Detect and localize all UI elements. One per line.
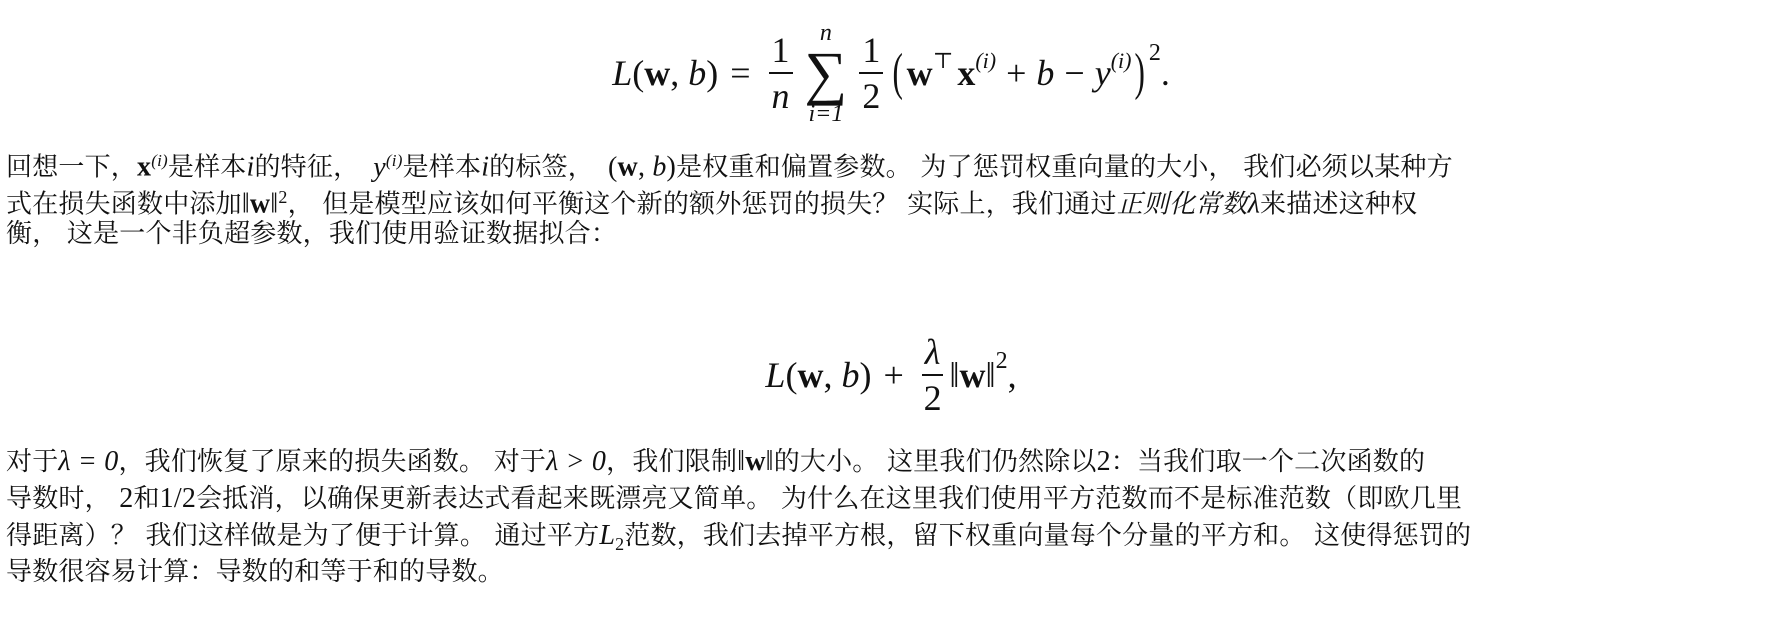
p1l1-x-sup: (i) — [151, 151, 168, 170]
paragraph-2-line-4: 导数很容易计算：导数的和等于和的导数。 — [6, 554, 1776, 591]
p1l2-text-3: 来描述这种权 — [1260, 190, 1417, 220]
eq2-plus: + — [883, 354, 903, 396]
eq2-b: b — [841, 354, 859, 396]
eq1-b2: b — [1036, 52, 1054, 94]
eq1-close-paren: ) — [1135, 47, 1145, 99]
eq1-transpose: ⊤ — [933, 48, 954, 74]
eq2-L: L — [765, 354, 785, 396]
p1l2-power: 2 — [278, 187, 287, 207]
paragraph-1-line-2: 式在损失函数中添加‖w‖2， 但是模型应该如何平衡这个新的额外惩罚的损失？ 实际… — [6, 179, 1776, 216]
p1l2-italic-term: 正则化常数 — [1117, 190, 1248, 220]
p2l4-text-1: 导数很容易计算：导数的和等于和的导数。 — [6, 557, 504, 587]
regularized-loss-equation: L(w, b) + λ 2 ‖w‖2, — [6, 320, 1776, 430]
p1l1-i2: i — [481, 152, 489, 183]
p2l1-norm-close: ‖ — [766, 446, 774, 477]
p2l1-two: 2 — [1097, 446, 1111, 477]
eq1-period: . — [1161, 52, 1170, 94]
p1l1-wb-comma: , — [638, 152, 652, 183]
p1l1-wb-close: ) — [667, 152, 677, 183]
p1l1-y: y — [373, 152, 386, 183]
eq2-norm-open: ‖ — [949, 354, 959, 396]
paragraph-2: 对于λ = 0，我们恢复了原来的损失函数。 对于λ > 0，我们限制‖w‖的大小… — [6, 443, 1776, 591]
eq1-x-bold: x — [957, 52, 975, 94]
eq1-minus: − — [1064, 52, 1084, 94]
p1l3-text-1: 衡， 这是一个非负超参数，我们使用验证数据拟合： — [6, 219, 617, 249]
p2l2-text-3: 会抵消，以确保更新表达式看起来既漂亮又简单。 为什么在这里我们使用平方范数而不是… — [196, 484, 1462, 514]
p2l1-text-1: 对于 — [6, 447, 58, 477]
p2l3-L-sub: 2 — [615, 534, 624, 554]
p2l2-two: 2 — [119, 483, 133, 514]
p2l1-text-2: ，我们恢复了原来的损失函数。 对于 — [118, 447, 546, 477]
p1l1-x: x — [137, 152, 151, 183]
p1l2-w: w — [250, 189, 270, 220]
eq2-comma: , — [823, 354, 841, 396]
eq1-frac-1-over-2: 1 2 — [859, 32, 883, 114]
paragraph-1-line-3: 衡， 这是一个非负超参数，我们使用验证数据拟合： — [6, 216, 1776, 253]
eq1-frac1-num: 1 — [769, 32, 793, 74]
paragraph-1: 回想一下，x(i)是样本i的特征，y(i)是样本i的标签，(w, b)是权重和偏… — [6, 142, 1776, 253]
p1l2-norm-open: ‖ — [242, 189, 250, 220]
eq1-comma: , — [670, 52, 688, 94]
eq1-plus: + — [1006, 52, 1026, 94]
p2l3-text-2: 范数，我们去掉平方根，留下权重向量每个分量的平方和。 这使得惩罚的 — [624, 521, 1471, 551]
eq1-sum-symbol: ∑ — [805, 45, 848, 102]
p1l1-wb-w: w — [618, 152, 638, 183]
eq2-frac-den: 2 — [924, 376, 942, 416]
p2l3-text-1: 得距离）？ 我们这样做是为了便于计算。 通过平方 — [6, 521, 599, 551]
eq1-y-sup: (i) — [1111, 48, 1132, 74]
eq1-power: 2 — [1149, 40, 1161, 67]
loss-equation: L(w, b) = 1 n n ∑ i=1 1 2 ( w⊤ x(i) + b … — [6, 18, 1776, 128]
p1l1-wb-b: b — [652, 152, 666, 183]
eq1-frac2-num: 1 — [859, 32, 883, 74]
p2l2-text-2: 和 — [133, 484, 159, 514]
eq2-w-bold: w — [959, 354, 985, 396]
p2l1-text-3: ，我们限制 — [606, 447, 737, 477]
eq1-lparen: ( — [632, 52, 644, 94]
eq2-frac-lambda-over-2: λ 2 — [922, 334, 944, 416]
eq2-frac-num: λ — [922, 334, 944, 376]
eq1-equals: = — [730, 52, 750, 94]
paragraph-2-line-2: 导数时， 2和1/2会抵消，以确保更新表达式看起来既漂亮又简单。 为什么在这里我… — [6, 480, 1776, 517]
eq2-w: w — [797, 354, 823, 396]
p2l2-text-1: 导数时， — [6, 484, 119, 514]
eq1-b: b — [688, 52, 706, 94]
p2l2-half: 1/2 — [160, 483, 196, 514]
eq2-trailing-comma: , — [1008, 354, 1017, 396]
eq1-rparen: ) — [706, 52, 718, 94]
p2l3-L: L — [599, 520, 615, 551]
p2l1-lambda-gt-0: λ > 0 — [546, 446, 606, 477]
eq2-lparen: ( — [785, 354, 797, 396]
eq1-x-sup: (i) — [975, 48, 996, 74]
paragraph-2-line-3: 得距离）？ 我们这样做是为了便于计算。 通过平方L2范数，我们去掉平方根，留下权… — [6, 517, 1776, 554]
p2l1-text-4: 的大小。 这里我们仍然除以 — [774, 447, 1097, 477]
eq1-w: w — [644, 52, 670, 94]
eq2-rparen: ) — [859, 354, 871, 396]
eq2-norm-close: ‖ — [985, 354, 995, 396]
p2l1-lambda-eq-0: λ = 0 — [58, 446, 118, 477]
p1l1-wb-open: ( — [608, 152, 618, 183]
eq1-sum-bottom: i=1 — [808, 102, 843, 126]
eq1-L: L — [612, 52, 632, 94]
p2l1-norm-open: ‖ — [737, 446, 745, 477]
paragraph-1-line-1: 回想一下，x(i)是样本i的特征，y(i)是样本i的标签，(w, b)是权重和偏… — [6, 142, 1776, 179]
eq2-power: 2 — [996, 348, 1008, 375]
p1l2-lambda: λ — [1248, 189, 1260, 220]
p2l1-text-5: ：当我们取一个二次函数的 — [1111, 447, 1425, 477]
eq1-frac-1-over-n: 1 n — [769, 32, 793, 114]
eq1-open-paren: ( — [893, 47, 903, 99]
p1l1-y-sup: (i) — [386, 151, 403, 170]
eq1-frac1-den: n — [772, 74, 790, 114]
eq1-summation: n ∑ i=1 — [805, 21, 848, 126]
eq1-y: y — [1095, 52, 1111, 94]
paragraph-2-line-1: 对于λ = 0，我们恢复了原来的损失函数。 对于λ > 0，我们限制‖w‖的大小… — [6, 443, 1776, 480]
eq1-w-bold: w — [907, 52, 933, 94]
p2l1-w: w — [745, 446, 765, 477]
eq1-frac2-den: 2 — [862, 74, 880, 114]
